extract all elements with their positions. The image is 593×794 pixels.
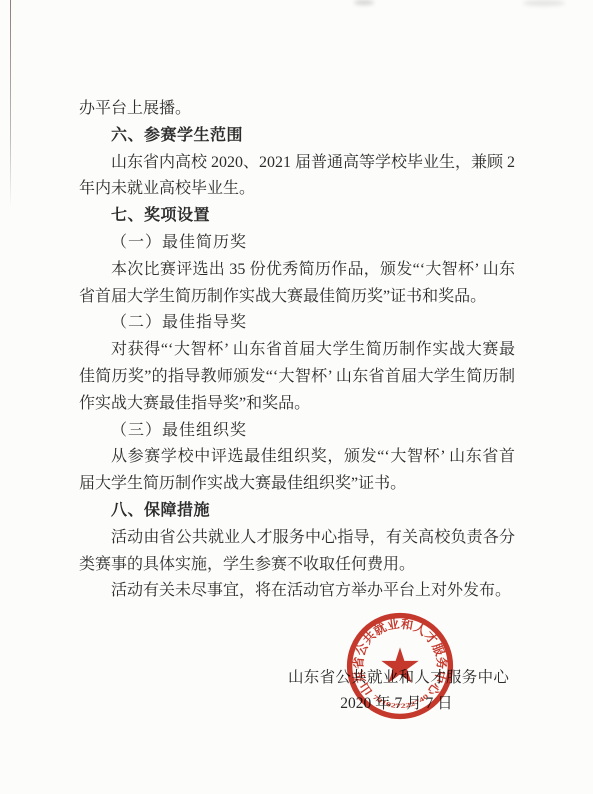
paragraph: 活动由省公共就业人才服务中心指导，有关高校负责各分类赛事的具体实施，学生参赛不收… [79,525,515,579]
section-heading-7: 七、奖项设置 [79,203,515,230]
subsection-heading-3: （三）最佳组织奖 [79,418,515,445]
paragraph: 山东省内高校 2020、2021 届普通高等学校毕业生，兼顾 2 年内未就业高校… [79,150,515,204]
section-heading-8: 八、保障措施 [79,498,515,525]
official-seal: 山东省公共就业和人才服务中心 701027222740 [342,610,458,722]
paragraph: 对获得“‘大智杯’ 山东省首届大学生简历制作实战大赛最佳简历奖”的指导教师颁发“… [79,337,515,417]
scan-smudge [354,0,374,5]
subsection-heading-2: （二）最佳指导奖 [79,310,515,337]
subsection-heading-1: （一）最佳简历奖 [79,230,515,257]
scan-smudge [523,0,565,6]
paragraph: 活动有关未尽事宜，将在活动官方举办平台上对外发布。 [79,578,515,605]
document-page: 办平台上展播。 六、参赛学生范围 山东省内高校 2020、2021 届普通高等学… [0,0,593,794]
document-body: 办平台上展播。 六、参赛学生范围 山东省内高校 2020、2021 届普通高等学… [79,96,515,605]
seal-star [381,647,418,682]
section-heading-6: 六、参赛学生范围 [79,123,515,150]
scan-artifact-line [10,0,11,208]
paragraph: 本次比赛评选出 35 份优秀简历作品，颁发“‘大智杯’ 山东省首届大学生简历制作… [79,257,515,311]
paragraph-continuation: 办平台上展播。 [79,96,515,123]
paragraph: 从参赛学校中评选最佳组织奖，颁发“‘大智杯’ 山东省首届大学生简历制作实战大赛最… [79,444,515,498]
seal-serial: 701027222740 [371,693,430,710]
